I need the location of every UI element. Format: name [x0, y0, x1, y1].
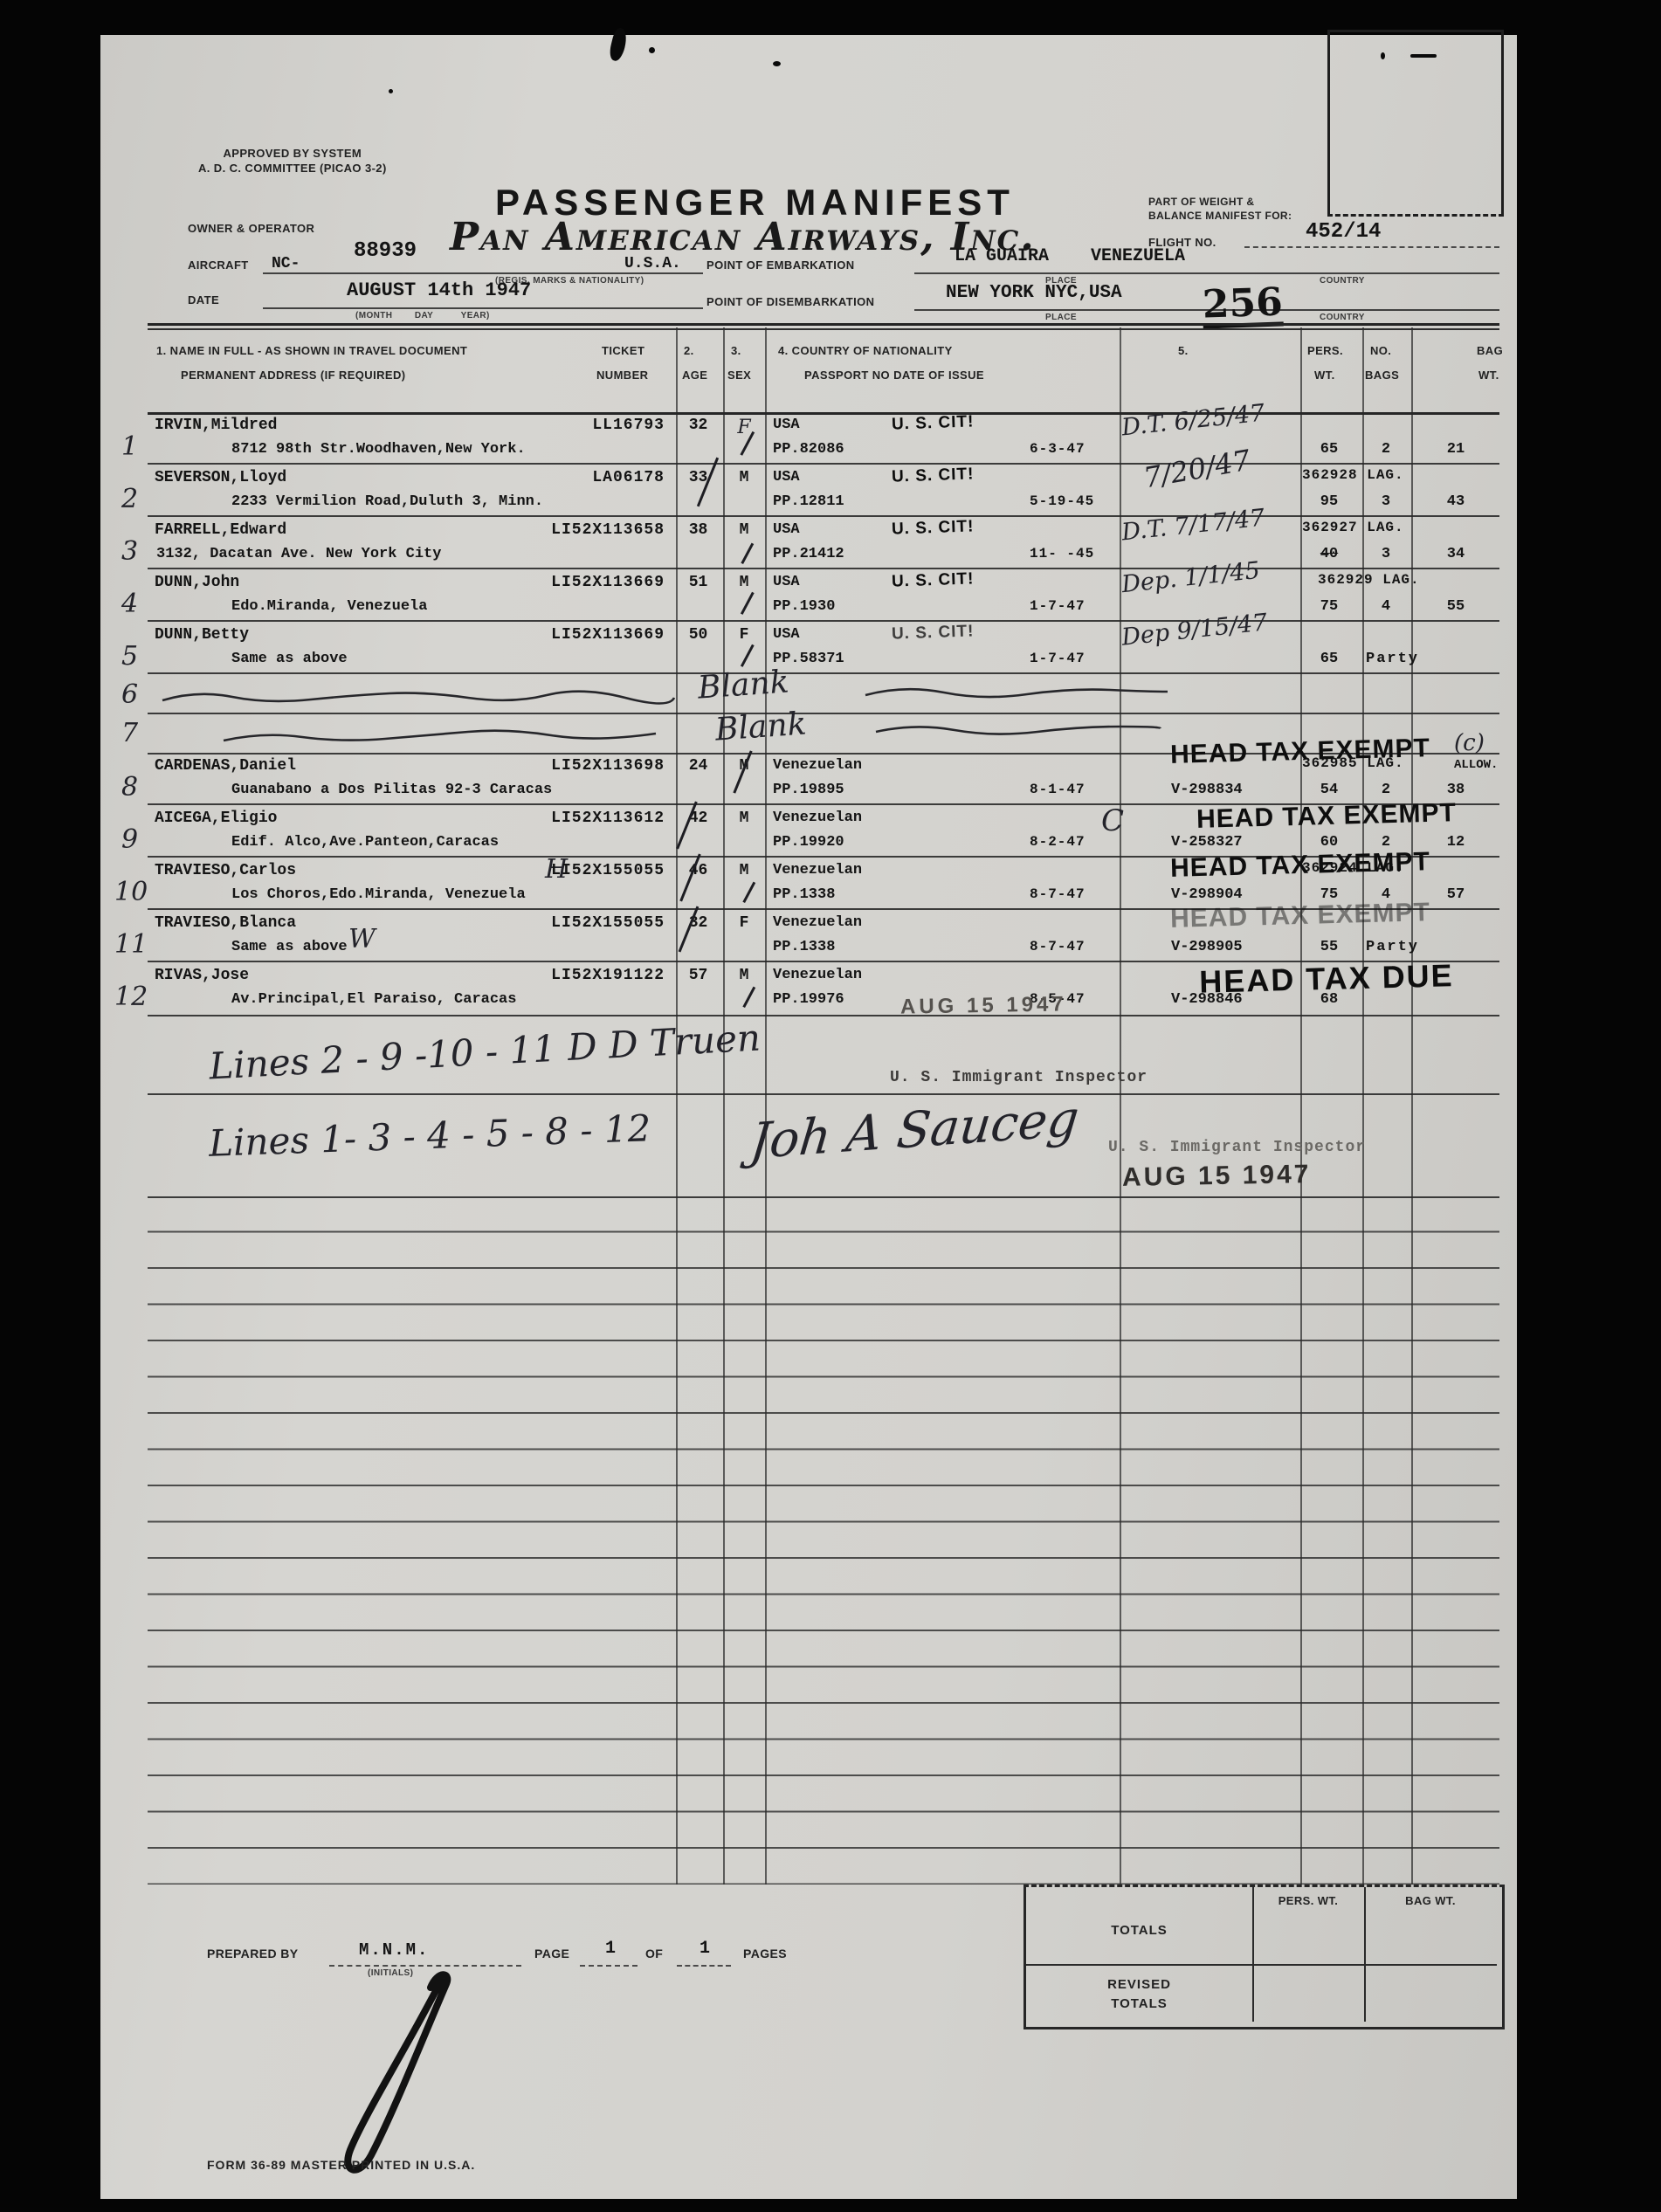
- check-mark: [734, 982, 755, 1008]
- prepared-by-value: M.N.M.: [359, 1940, 429, 1960]
- inspector-title-1: U. S. Immigrant Inspector: [890, 1069, 1148, 1086]
- approved-note: APPROVED BY SYSTEM A. D. C. COMMITTEE (P…: [198, 147, 387, 176]
- header-sex2: SEX: [727, 369, 751, 383]
- bag-count: 2: [1361, 782, 1410, 798]
- row-number-hand: 6: [121, 679, 138, 710]
- totals-pers-value[interactable]: [1254, 1926, 1364, 1960]
- passenger-address: 8712 98th Str.Woodhaven,New York.: [231, 441, 526, 458]
- row-number-hand: 7: [121, 718, 138, 748]
- passenger-name: DUNN,John: [155, 574, 239, 591]
- passport-number: PP.1930: [773, 598, 835, 615]
- ink-blot: [649, 47, 655, 53]
- aircraft-label: AIRCRAFT: [188, 258, 249, 273]
- passport-number: PP.1338: [773, 939, 835, 955]
- row-number-hand: 10: [114, 877, 148, 907]
- age-value: 38: [673, 521, 723, 539]
- sex-value: F: [723, 914, 765, 932]
- totals-divider-h: [1026, 1964, 1497, 1966]
- sex-value: M: [723, 810, 765, 827]
- form-number-line: FORM 36-89 MASTER PRINTED IN U.S.A.: [207, 2157, 475, 2173]
- disembark-place-sub: PLACE: [1045, 313, 1077, 322]
- table-row: 9 AICEGA,Eligio LI52X113612 Edif. Alco,A…: [148, 805, 1499, 858]
- passport-number: PP.19976: [773, 991, 844, 1008]
- header-bag1: BAG: [1477, 344, 1503, 359]
- header-ticket1: TICKET: [602, 344, 644, 359]
- baggage-tag: 362929 LAG.: [1318, 572, 1420, 588]
- stamp-prefix-hand: C: [1101, 803, 1124, 838]
- handwritten-lines-note-2: Lines 1- 3 - 4 - 5 - 8 - 12: [208, 1106, 651, 1165]
- pers-weight: 65: [1300, 441, 1358, 458]
- passenger-name: TRAVIESO,Blanca: [155, 914, 296, 932]
- passenger-address: Av.Principal,El Paraiso, Caracas: [231, 991, 516, 1008]
- flight-no-value: 452/14: [1306, 220, 1381, 244]
- citizen-stamp: U. S. CIT!: [892, 569, 975, 591]
- note-row-1: AUG 15 1947 Lines 2 - 9 -10 - 11 D D Tru…: [148, 1015, 1499, 1095]
- blank-note: Blank: [697, 664, 790, 706]
- ink-blot: [608, 27, 630, 63]
- sex-value: M: [723, 469, 765, 486]
- passport-number: PP.19895: [773, 782, 844, 798]
- scanned-page: APPROVED BY SYSTEM A. D. C. COMMITTEE (P…: [0, 0, 1661, 2212]
- nationality-value: Venezuelan: [773, 810, 862, 826]
- approved-line1: APPROVED BY SYSTEM: [198, 147, 387, 162]
- table-top-line: [148, 323, 1499, 326]
- pages-underline: [677, 1965, 731, 1967]
- party-note: Party: [1366, 651, 1497, 667]
- citizen-stamp: U. S. CIT!: [892, 412, 975, 434]
- pers-wt-total-label: PERS. WT.: [1252, 1894, 1364, 1909]
- bag-wt-total-label: BAG WT.: [1364, 1894, 1497, 1909]
- passenger-address: Edo.Miranda, Venezuela: [231, 598, 427, 615]
- weight-note-line2: BALANCE MANIFEST FOR:: [1148, 210, 1292, 224]
- age-value: 42: [673, 810, 723, 827]
- bag-weight: 34: [1414, 546, 1498, 562]
- inspector-title-2: U. S. Immigrant Inspector: [1108, 1139, 1366, 1156]
- passport-number: PP.12811: [773, 493, 844, 510]
- passport-number: PP.21412: [773, 546, 844, 562]
- pages-value: 1: [700, 1939, 710, 1959]
- passenger-address: 3132, Dacatan Ave. New York City: [156, 546, 441, 562]
- header-pers1: PERS.: [1307, 344, 1343, 359]
- nationality-value: USA: [773, 574, 800, 590]
- issue-date: 1-7-47: [1030, 651, 1086, 666]
- passenger-address: Guanabano a Dos Pilitas 92-3 Caracas: [231, 782, 552, 798]
- header-sex1: 3.: [731, 344, 741, 359]
- date-value: AUGUST 14th 1947: [347, 279, 531, 301]
- bag-weight: 38: [1414, 782, 1498, 798]
- ticket-number: LA06178: [462, 469, 665, 486]
- page-label: PAGE: [534, 1946, 569, 1961]
- nationality-value: Venezuelan: [773, 862, 862, 879]
- date-label: DATE: [188, 293, 219, 308]
- nationality-value: Venezuelan: [773, 967, 862, 983]
- pers-weight: 54: [1300, 782, 1358, 798]
- passenger-name: IRVIN,Mildred: [155, 417, 277, 434]
- baggage-tag: 362928 LAG.: [1302, 467, 1404, 483]
- totals-bag-value[interactable]: [1366, 1926, 1497, 1960]
- date-stamp: AUG 15 1947: [900, 992, 1067, 1019]
- ticket-number: LI52X155055: [462, 914, 665, 932]
- weight-balance-box: [1327, 30, 1504, 217]
- issue-date: 8-7-47: [1030, 886, 1086, 902]
- passenger-name: TRAVIESO,Carlos: [155, 862, 296, 879]
- prepared-by-label: PREPARED BY: [207, 1946, 299, 1961]
- pen-flourish: [329, 1975, 460, 2176]
- header-address: PERMANENT ADDRESS (IF REQUIRED): [181, 369, 405, 383]
- embark-label: POINT OF EMBARKATION: [706, 258, 855, 273]
- disembark-value: NEW YORK NYC,USA: [946, 283, 1122, 303]
- party-note: Party: [1366, 939, 1497, 955]
- issue-date: 8-7-47: [1030, 939, 1086, 954]
- totals-box: PERS. WT. BAG WT. TOTALS REVISED TOTALS: [1023, 1885, 1505, 2029]
- pers-weight: 68: [1300, 991, 1358, 1008]
- ink-blot: [389, 89, 393, 93]
- hand-c-note: (c): [1454, 730, 1485, 756]
- inspector-signature: Joh A Sauceg: [748, 1091, 1081, 1171]
- header-bags2: BAGS: [1365, 369, 1399, 383]
- issue-date: 1-7-47: [1030, 598, 1086, 614]
- passenger-name: CARDENAS,Daniel: [155, 757, 296, 775]
- date-stamp-2: AUG 15 1947: [1122, 1160, 1312, 1193]
- nationality-value: Venezuelan: [773, 914, 862, 931]
- row-number-hand: 2: [121, 484, 138, 514]
- table-row: 8 CARDENAS,Daniel LI52X113698 Guanabano …: [148, 753, 1499, 805]
- passenger-address: Same as above: [231, 651, 348, 667]
- citizen-stamp: U. S. CIT!: [892, 517, 975, 539]
- nationality-value: USA: [773, 469, 800, 486]
- age-value: 32: [673, 417, 723, 434]
- issue-date: 11- -45: [1030, 546, 1094, 562]
- passenger-address: Edif. Alco,Ave.Panteon,Caracas: [231, 834, 499, 851]
- sex-value: M: [723, 521, 765, 539]
- manifest-paper: APPROVED BY SYSTEM A. D. C. COMMITTEE (P…: [100, 35, 1517, 2199]
- row-number-hand: 9: [121, 824, 138, 855]
- age-value: 32: [673, 914, 723, 932]
- of-label: OF: [645, 1946, 663, 1961]
- ticket-number: LI52X191122: [462, 967, 665, 984]
- header-pers2: WT.: [1314, 369, 1335, 383]
- age-value: 50: [673, 626, 723, 644]
- company-name: Pan American Airways, Inc.: [450, 215, 1036, 259]
- ticket-number: LI52X113669: [462, 626, 665, 644]
- header-col5: 5.: [1178, 344, 1189, 359]
- revised-totals-label-1: REVISED: [1026, 1976, 1252, 1994]
- row-number-hand: 3: [121, 536, 138, 567]
- passenger-address: 2233 Vermilion Road,Duluth 3, Minn.: [231, 493, 543, 510]
- passenger-address: Los Choros,Edo.Miranda, Venezuela: [231, 886, 526, 903]
- issue-date: 5-19-45: [1030, 493, 1094, 509]
- passport-number: PP.19920: [773, 834, 844, 851]
- passport-number: PP.82086: [773, 441, 844, 458]
- header-nationality: 4. COUNTRY OF NATIONALITY: [778, 344, 953, 359]
- blank-ruled-area: [148, 1196, 1499, 1885]
- nationality-value: USA: [773, 417, 800, 433]
- bag-count: 3: [1361, 493, 1410, 510]
- bag-weight: 55: [1414, 598, 1498, 615]
- passenger-name: RIVAS,Jose: [155, 967, 249, 984]
- header-age2: AGE: [682, 369, 707, 383]
- date-sub: (MONTH DAY YEAR): [355, 311, 490, 320]
- header-ticket2: NUMBER: [596, 369, 648, 383]
- embark-value: LA GUAIRA VENEZUELA: [955, 246, 1185, 266]
- ticket-number: LI52X113698: [462, 757, 665, 775]
- pers-weight: 60: [1300, 834, 1358, 851]
- visa-number: V-258327: [1171, 834, 1243, 851]
- visa-number: V-298905: [1171, 939, 1243, 955]
- approved-line2: A. D. C. COMMITTEE (PICAO 3-2): [198, 162, 387, 176]
- check-mark: [732, 538, 754, 564]
- nationality-value: USA: [773, 521, 800, 538]
- weight-note-line1: PART OF WEIGHT &: [1148, 196, 1292, 210]
- check-mark: [734, 877, 755, 903]
- page-value: 1: [605, 1939, 616, 1959]
- header-name: 1. NAME IN FULL - AS SHOWN IN TRAVEL DOC…: [156, 344, 467, 359]
- row-number-hand: 11: [114, 929, 148, 960]
- table-header: 1. NAME IN FULL - AS SHOWN IN TRAVEL DOC…: [148, 330, 1499, 415]
- header-bag2: WT.: [1478, 369, 1499, 383]
- prepared-underline: [329, 1965, 521, 1967]
- totals-label: TOTALS: [1026, 1922, 1252, 1940]
- bag-weight: 43: [1414, 493, 1498, 510]
- row-number-hand: 8: [121, 772, 138, 803]
- passenger-name: AICEGA,Eligio: [155, 810, 277, 827]
- pers-weight: 75: [1300, 598, 1358, 615]
- table-row: 11 TRAVIESO,Blanca W LI52X155055 Same as…: [148, 910, 1499, 962]
- date-underline: [263, 307, 703, 309]
- bag-weight: 21: [1414, 441, 1498, 458]
- handwritten-lines-note-1: Lines 2 - 9 -10 - 11 D D Truen: [208, 1016, 762, 1087]
- aircraft-number: 88939: [354, 239, 417, 263]
- page-underline: [580, 1965, 638, 1967]
- table-row: 6 Blank: [148, 674, 1499, 714]
- age-value: 46: [673, 862, 723, 879]
- ticket-number: LI52X113612: [462, 810, 665, 827]
- passport-number: PP.1338: [773, 886, 835, 903]
- table-row: 4 DUNN,John LI52X113669 Edo.Miranda, Ven…: [148, 569, 1499, 622]
- age-value: 24: [673, 757, 723, 775]
- embark-underline: [914, 272, 1499, 274]
- passenger-name: FARRELL,Edward: [155, 521, 286, 539]
- pers-weight: 40: [1300, 546, 1358, 562]
- bag-count: 3: [1361, 546, 1410, 562]
- visa-number: V-298834: [1171, 782, 1243, 798]
- header-age1: 2.: [684, 344, 694, 359]
- row-number-hand: 5: [121, 641, 138, 672]
- row-number-hand: 1: [121, 431, 138, 462]
- age-value: 33: [673, 469, 723, 486]
- owner-operator-label: OWNER & OPERATOR: [188, 222, 314, 237]
- aircraft-country: U.S.A.: [624, 255, 681, 272]
- allow-note: ALLOW.: [1454, 758, 1498, 772]
- pers-weight: 95: [1300, 493, 1358, 510]
- wavy-line: [222, 728, 658, 749]
- revised-totals-label-2: TOTALS: [1026, 1995, 1252, 2013]
- table-row: 3 FARRELL,Edward LI52X113658 3132, Dacat…: [148, 517, 1499, 569]
- row-number-hand: 12: [114, 982, 148, 1012]
- baggage-tag: 362927 LAG.: [1302, 520, 1404, 535]
- wavy-line: [874, 721, 1162, 741]
- disembark-label: POINT OF DISEMBARKATION: [706, 295, 874, 310]
- bag-count: 2: [1361, 441, 1410, 458]
- passenger-name: SEVERSON,Lloyd: [155, 469, 286, 486]
- visa-number: V-298904: [1171, 886, 1243, 903]
- wavy-line: [864, 685, 1169, 704]
- folio-stamp: 256: [1202, 283, 1284, 328]
- pages-label: PAGES: [743, 1946, 787, 1961]
- row-number-hand: 4: [121, 589, 138, 619]
- ticket-number: LI52X113669: [462, 574, 665, 591]
- issue-date: 8-2-47: [1030, 834, 1086, 850]
- table-row: 1 IRVIN,Mildred LL16793 8712 98th Str.Wo…: [148, 412, 1499, 465]
- ink-blot: [773, 61, 781, 66]
- nationality-value: USA: [773, 626, 800, 643]
- wavy-line: [161, 688, 676, 709]
- embark-country-sub: COUNTRY: [1320, 276, 1365, 286]
- disembark-country-sub: COUNTRY: [1320, 313, 1365, 322]
- age-value: 51: [673, 574, 723, 591]
- blank-note: Blank: [714, 706, 808, 748]
- weight-balance-note: PART OF WEIGHT & BALANCE MANIFEST FOR:: [1148, 196, 1292, 223]
- citizen-stamp: U. S. CIT!: [892, 465, 975, 486]
- pers-weight: 65: [1300, 651, 1358, 667]
- issue-date: 8-1-47: [1030, 782, 1086, 797]
- issue-date: 6-3-47: [1030, 441, 1086, 457]
- table-row: 2 SEVERSON,Lloyd LA06178 2233 Vermilion …: [148, 465, 1499, 517]
- bag-count: 4: [1361, 598, 1410, 615]
- header-passport: PASSPORT NO DATE OF ISSUE: [804, 369, 984, 383]
- ticket-number: LL16793: [462, 417, 665, 434]
- ticket-number: LI52X113658: [462, 521, 665, 539]
- passenger-address: Same as above: [231, 939, 348, 955]
- nationality-value: Venezuelan: [773, 757, 862, 774]
- aircraft-prefix: NC-: [272, 255, 300, 272]
- pers-weight: 55: [1300, 939, 1358, 955]
- ticket-number: LI52X155055: [462, 862, 665, 879]
- citizen-stamp: U. S. CIT!: [892, 622, 975, 644]
- hand-mark: W: [348, 924, 376, 954]
- aircraft-underline: [263, 272, 703, 274]
- header-bags1: NO.: [1370, 344, 1391, 359]
- age-value: 57: [673, 967, 723, 984]
- flight-underline: [1244, 246, 1499, 248]
- table-row: 5 DUNN,Betty LI52X113669 Same as above 5…: [148, 622, 1499, 674]
- passenger-name: DUNN,Betty: [155, 626, 249, 644]
- table-row: 12 RIVAS,Jose LI52X191122 Av.Principal,E…: [148, 962, 1499, 1016]
